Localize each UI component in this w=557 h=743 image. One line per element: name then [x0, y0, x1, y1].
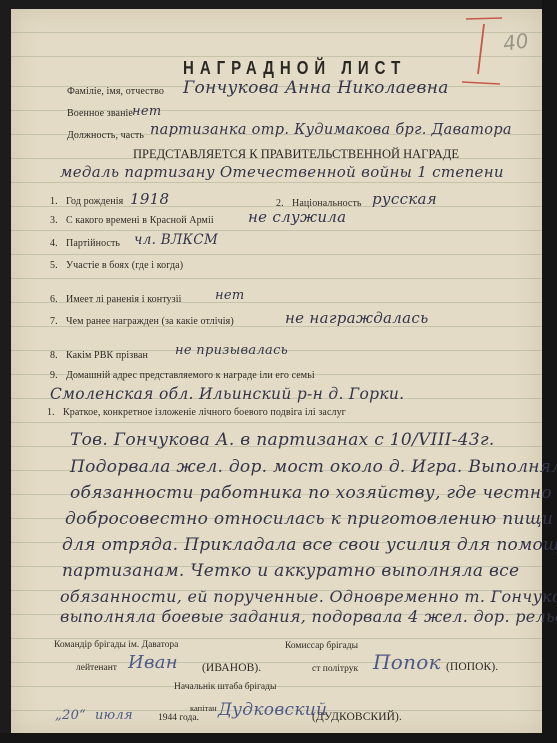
item-1-num: 1.: [50, 196, 58, 207]
scan-border-bottom: [0, 733, 557, 743]
chief-signature: Дудковский: [218, 700, 327, 720]
feat-line-7: обязанности, ей порученные. Одновременно…: [60, 587, 557, 606]
item-8-num: 8.: [50, 350, 58, 361]
draft-office-label: Какім РВК прізван: [66, 350, 148, 361]
commander-rank: лейтенант: [76, 663, 117, 673]
rank-value: нет: [132, 104, 161, 119]
commissar-signature: Попок: [373, 650, 441, 674]
commissar-rank: ст політрук: [312, 664, 358, 674]
date-year: 1944 года.: [158, 713, 199, 723]
commander-title: Командір брігады ім. Даватора: [54, 640, 178, 650]
date-day: „20“: [55, 708, 86, 723]
item-6-num: 6.: [50, 294, 58, 305]
commissar-name: (ПОПОК).: [446, 661, 498, 673]
chief-rank: капітан: [190, 703, 217, 713]
party-label: Партійность: [66, 238, 120, 249]
name-label: Фамілie, імя, отчество: [67, 86, 164, 97]
item-9-num: 9.: [50, 370, 58, 381]
draft-office-value: не призывалась: [175, 343, 288, 358]
feat-line-4: добросовестно относилась к приготовлению…: [65, 509, 553, 529]
chief-of-staff-title: Начальнік штаба брігады: [174, 682, 276, 692]
position-value: партизанка отр. Кудимакова брг. Даватора: [150, 122, 512, 138]
commissar-title: Комиссар брігады: [285, 641, 358, 651]
date-month: июля: [95, 708, 133, 723]
feat-line-5: для отряда. Прикладала все свои усилия д…: [62, 535, 557, 555]
position-label: Должность, часть: [67, 130, 144, 141]
feat-label: Краткое, конкретное ізложеніе лічного бо…: [63, 407, 346, 418]
feat-line-3: обязанности работника по хозяйству, где …: [70, 483, 552, 503]
chief-name: (ДУДКОВСКИЙ).: [312, 711, 402, 723]
scan-border-right: [542, 0, 557, 743]
item-3-num: 3.: [50, 215, 58, 226]
pencil-note: 40: [501, 28, 530, 55]
army-since-value: не служила: [248, 208, 346, 226]
home-address-value: Смоленская обл. Ильинский р-н д. Горки.: [50, 385, 404, 403]
item-4-num: 4.: [50, 238, 58, 249]
prior-awards-label: Чем ранее награжден (за какіе отлічія): [66, 316, 234, 327]
commander-signature: Иван: [128, 652, 178, 673]
feat-line-1: Тов. Гончукова А. в партизанах с 10/VIII…: [70, 430, 495, 450]
army-since-label: С какого времені в Красной Арміі: [66, 215, 214, 226]
prior-awards-value: не награждалась: [285, 309, 429, 327]
award-heading: ПРЕДСТАВЛЯЕТСЯ К ПРАВИТЕЛЬСТВЕННОЙ НАГРА…: [133, 147, 459, 162]
item-5-num: 5.: [50, 260, 58, 271]
party-value: чл. ВЛКСМ: [134, 232, 218, 248]
red-roman-numeral-mark: [460, 16, 508, 86]
feat-line-6: партизанам. Четко и аккуратно выполняла …: [62, 561, 519, 581]
feat-line-2: Подорвала жел. дор. мост около д. Игра. …: [70, 457, 557, 477]
feat-line-8: выполняла боевые задания, подорвала 4 же…: [60, 607, 557, 626]
rank-label: Военное званіе: [67, 108, 133, 119]
home-address-label: Домашній адрес представляемого к награде…: [66, 370, 315, 381]
birth-year-value: 1918: [130, 190, 169, 208]
wounds-value: нет: [215, 288, 244, 303]
birth-year-label: Год рожденія: [66, 196, 123, 207]
document-title: НАГРАДНОЙ ЛИСТ: [183, 58, 406, 79]
battles-label: Участіе в боях (где і когда): [66, 260, 183, 271]
feat-num: 1.: [47, 407, 55, 418]
nationality-value: русская: [372, 190, 437, 208]
name-value: Гончукова Анна Николаевна: [183, 78, 449, 98]
wounds-label: Имеет лі раненія і контузіі: [66, 294, 181, 305]
commander-name: (ИВАНОВ).: [202, 662, 261, 674]
item-7-num: 7.: [50, 316, 58, 327]
award-value: медаль партизану Отечественной войны 1 с…: [60, 163, 504, 181]
